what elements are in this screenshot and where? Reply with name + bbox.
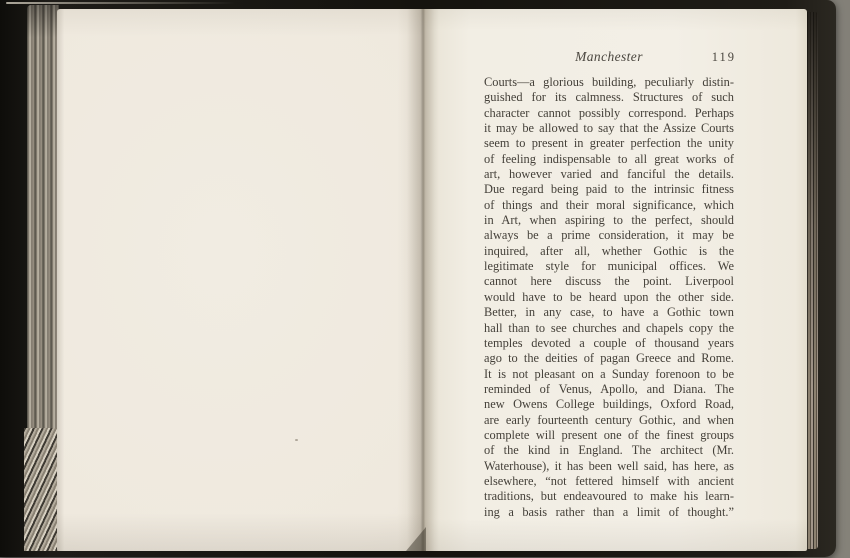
body-text-line: Waterhouse), it has been well said, has … (484, 459, 734, 474)
body-text-line: Due regard being paid to the intrinsic f… (484, 182, 734, 197)
body-text-line: of the kind in England. The architect (M… (484, 443, 734, 458)
body-text-line: would have to be heard upon the other si… (484, 290, 734, 305)
cover-edge-highlight (6, 2, 236, 4)
body-text-line: traditions, but endeavoured to make his … (484, 489, 734, 504)
body-text-line: always be a prime consideration, it may … (484, 228, 734, 243)
body-text-line: are early fourteenth century Gothic, and… (484, 413, 734, 428)
body-text-line: elsewhere, “not fettered himself with an… (484, 474, 734, 489)
text-block: Manchester 119 Courts—a glorious buildin… (484, 49, 734, 520)
page-stack-fore-edge (807, 12, 818, 549)
body-text-line: legitimate style for municipal offices. … (484, 259, 734, 274)
body-text-line: new Owens College buildings, Oxford Road… (484, 397, 734, 412)
body-text-line: It is not pleasant on a Sunday forenoon … (484, 367, 734, 382)
body-text-line: reminded of Venus, Apollo, and Diana. Th… (484, 382, 734, 397)
open-book-photo: Manchester 119 Courts—a glorious buildin… (0, 0, 850, 558)
paper-speck (295, 439, 298, 441)
page-number: 119 (712, 50, 736, 65)
body-text-line: ing a basis rather than a limit of thoug… (484, 505, 734, 520)
body-text-line: ago to the deities of pagan Greece and R… (484, 351, 734, 366)
body-text-line: Courts—a glorious building, peculiarly d… (484, 75, 734, 90)
body-text-line: complete will present one of the finest … (484, 428, 734, 443)
right-page: Manchester 119 Courts—a glorious buildin… (423, 9, 807, 551)
body-text-line: Better, in any case, to have a Gothic to… (484, 305, 734, 320)
running-title: Manchester (484, 49, 734, 65)
body-text-line: of feeling indispensable to all great wo… (484, 152, 734, 167)
body-text-line: temples devoted a couple of thousand yea… (484, 336, 734, 351)
body-text-line: hall than to see churches and chapels co… (484, 321, 734, 336)
body-text-line: inquired, after all, whether Gothic is t… (484, 244, 734, 259)
body-text-line: character cannot possibly correspond. Pe… (484, 106, 734, 121)
body-text-line: art, however varied and fanciful the det… (484, 167, 734, 182)
left-page-blank (57, 9, 423, 551)
body-text-line: of things and their moral significance, … (484, 198, 734, 213)
body-text-line: guished for its calmness. Structures of … (484, 90, 734, 105)
body-text-line: in Art, when aspiring to the perfect, sh… (484, 213, 734, 228)
page-body: Courts—a glorious building, peculiarly d… (484, 75, 734, 520)
page-header: Manchester 119 (484, 49, 734, 71)
body-text-line: seem to present in greater perfection th… (484, 136, 734, 151)
body-text-line: it may be allowed to say that the Assize… (484, 121, 734, 136)
body-text-line: cannot here discuss the point. Liverpool (484, 274, 734, 289)
